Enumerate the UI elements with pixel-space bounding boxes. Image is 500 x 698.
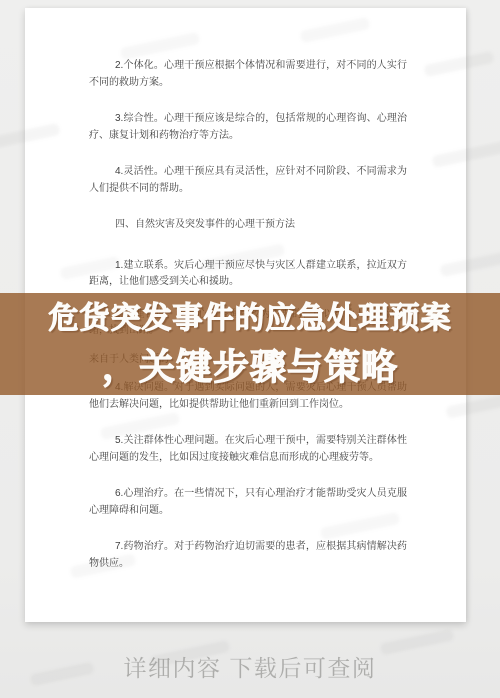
footer-caption: 详细内容 下载后可查阅 [0,650,500,683]
section-heading: 四、自然灾害及突发事件的心理干预方法 [89,217,407,234]
paragraph-group-issues: 5.关注群体性心理问题。在灾后心理干预中，需要特别关注群体性心理问题的发生，比如… [89,433,407,466]
paragraph-establish-contact: 1.建立联系。灾后心理干预应尽快与灾区人群建立联系，拉近双方距离，让他们感受到关… [89,258,407,291]
overlay-title-line-1: 危货突发事件的应急处理预案 [49,296,452,342]
paragraph-medication: 7.药物治疗。对于药物治疗迫切需要的患者，应根据其病情解决药物供应。 [89,539,407,572]
paragraph-comprehensiveness: 3.综合性。心理干预应该是综合的，包括常规的心理咨询、心理治疗、康复计划和药物治… [89,111,407,144]
page-background: 2.个体化。心理干预应根据个体情况和需要进行，对不同的人实行不同的救助方案。 3… [0,0,500,698]
overlay-title-line-2: ，关键步骤与策略 [102,342,398,392]
paragraph-individualization: 2.个体化。心理干预应根据个体情况和需要进行，对不同的人实行不同的救助方案。 [89,58,407,91]
title-overlay: 危货突发事件的应急处理预案 ，关键步骤与策略 [0,293,500,395]
paragraph-psychotherapy: 6.心理治疗。在一些情况下，只有心理治疗才能帮助受灾人员克服心理障碍和问题。 [89,486,407,519]
paragraph-flexibility: 4.灵活性。心理干预应具有灵活性，应针对不同阶段、不同需求为人们提供不同的帮助。 [89,164,407,197]
